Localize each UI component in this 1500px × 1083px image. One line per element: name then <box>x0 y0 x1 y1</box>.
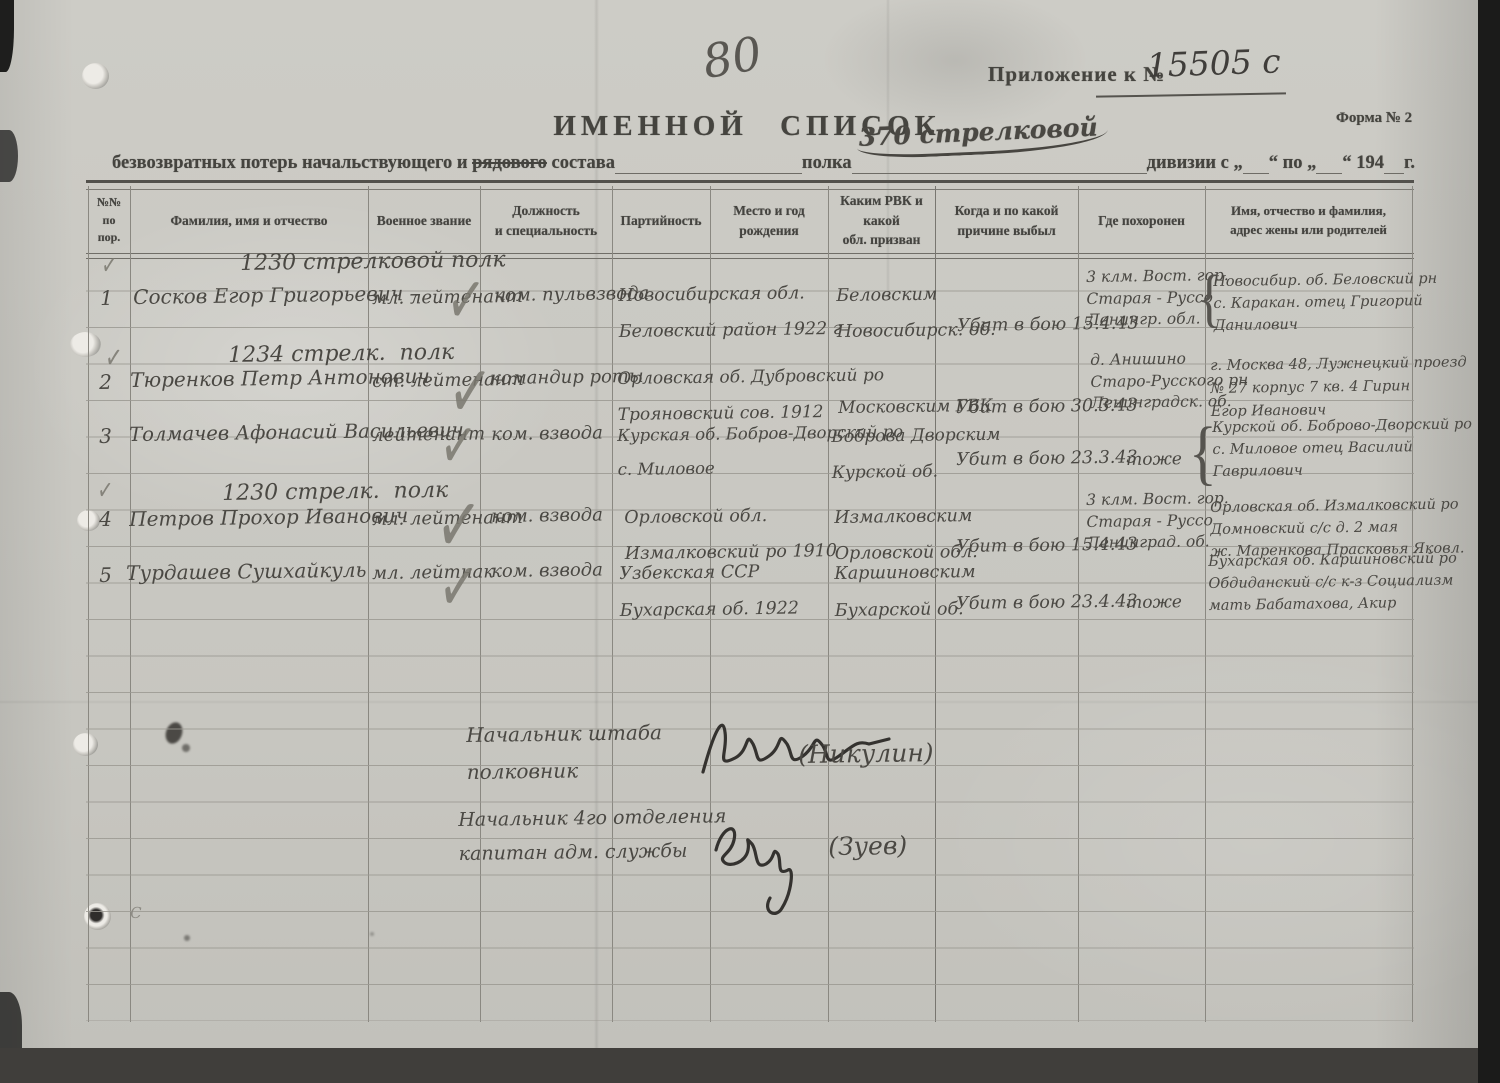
row-num: 4 <box>99 506 112 533</box>
col-header-rank: Военное звание <box>368 186 480 255</box>
col-header-name: Фамилия, имя и отчество <box>130 186 368 255</box>
row-position: ком. взвода <box>491 503 603 529</box>
blank-line <box>1316 153 1342 174</box>
document-subtitle: безвозвратных потерь начальствующего и р… <box>112 153 1415 174</box>
col-header-number: №№ по пор. <box>88 186 130 255</box>
row-family: Бухарская об. Каршиновский ро Обдидански… <box>1208 548 1458 617</box>
row-birthplace: Узбекская ССР Бухарская об. 1922 <box>619 553 799 629</box>
check-mark-small: ✓ <box>96 474 114 508</box>
subtitle-struck-word: рядового <box>472 153 547 174</box>
subtitle-year-label: “ 194 <box>1342 153 1384 174</box>
scan-right-band <box>1478 0 1500 1083</box>
signature-name-nikulin: (Никулин) <box>798 736 934 772</box>
subtitle-division-label: дивизии с „ <box>1147 153 1243 174</box>
row-burial: тоже <box>1126 591 1182 615</box>
signature-scrawl-zuev <box>700 810 830 925</box>
row-rvk: Каршиновским Бухарской об. <box>834 554 976 630</box>
scan-bottom-band <box>0 1048 1500 1083</box>
row-position: ком. взвода <box>491 421 603 447</box>
row-fate: Убит в бою 23.4.43 <box>956 590 1138 616</box>
check-mark-small: ✓ <box>104 338 124 377</box>
row-name: Петров Прохор Иванович <box>129 502 408 533</box>
blank-line <box>615 153 802 174</box>
scan-corner-mark <box>0 130 18 182</box>
subtitle-g-label: г. <box>1404 153 1415 174</box>
subtitle-part1: безвозвратных потерь начальствующего и <box>112 153 468 174</box>
row-num: 3 <box>99 423 112 450</box>
signature-title-4th-section: Начальник 4го отделения капитан адм. слу… <box>458 799 727 871</box>
table-header-row: №№ по пор. Фамилия, имя и отчество Военн… <box>88 186 1412 255</box>
pencil-letter-mark: С <box>130 903 142 923</box>
subtitle-part2: состава <box>552 153 615 174</box>
col-header-fate: Когда и по какой причине выбыл <box>935 186 1078 255</box>
col-header-family: Имя, отчество и фамилия, адрес жены или … <box>1205 186 1412 255</box>
check-mark: ✓ <box>435 542 482 633</box>
row-birthplace: Новосибирская обл. Беловский район 1922 … <box>618 275 842 350</box>
appendix-label: Приложение к № <box>988 62 1165 87</box>
scanned-document: 80 Приложение к № 15505 с Форма № 2 ИМЕН… <box>0 0 1500 1083</box>
signature-name-zuev: (Зуев) <box>828 829 907 864</box>
row-burial: 3 клм. Вост. гор. Старая - Руссо Ленингр… <box>1086 488 1229 554</box>
blank-line <box>1243 153 1269 174</box>
row-rvk: Беловским Новосибирск. об. <box>836 276 996 350</box>
col-header-rvk: Каким РВК и какой обл. призван <box>828 186 935 255</box>
page-number-handwritten: 80 <box>698 22 766 93</box>
signature-title-chief-of-staff: Начальник штаба полковник <box>466 714 663 791</box>
subtitle-po-label: “ по „ <box>1269 153 1317 174</box>
check-mark: ✓ <box>443 256 488 343</box>
blank-line <box>1384 153 1404 174</box>
row-name: Турдашев Сушхайкуль <box>126 557 367 587</box>
col-header-party: Партийность <box>612 186 710 255</box>
row-burial: тоже <box>1126 448 1182 472</box>
col-header-birthplace: Место и год рождения <box>710 186 828 255</box>
punch-hole <box>82 63 109 89</box>
row-num: 1 <box>100 285 113 312</box>
col-header-burial: Где похоронен <box>1078 186 1205 255</box>
blank-line-division: 370 стрелковой <box>852 153 1147 174</box>
row-family: Новосибир. об. Беловский рн с. Каракан. … <box>1213 268 1438 337</box>
row-num: 5 <box>99 562 112 589</box>
row-family: Курской об. Боброво-Дворский ро с. Милов… <box>1212 413 1473 483</box>
check-mark-small: ✓ <box>100 249 118 283</box>
row-position: ком. взвода <box>491 558 603 584</box>
subtitle-polk-label: полка <box>802 153 852 174</box>
row-fate: Убит в бою 23.3.43 <box>956 446 1138 472</box>
appendix-number-handwritten: 15505 с <box>1146 39 1281 88</box>
form-number-label: Форма № 2 <box>1336 110 1412 127</box>
